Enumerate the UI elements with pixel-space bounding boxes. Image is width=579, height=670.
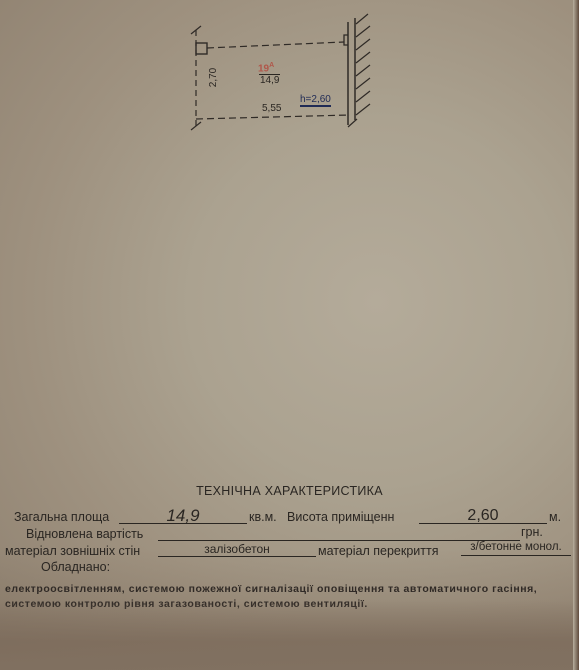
total-area-unit: кв.м. <box>249 510 277 524</box>
equipped-label: Обладнано: <box>41 560 110 574</box>
restored-cost-label: Відновлена вартість <box>26 527 143 541</box>
wall-material-label: матеріал зовнішніх стін <box>5 544 140 558</box>
room-height-label: Висота приміщенн <box>287 510 394 524</box>
total-area-value: 14,9 <box>119 509 247 524</box>
length-dimension: 5,55 <box>262 103 281 114</box>
document-page: 19А 14,9 2,70 5,55 h=2,60 ТЕХНІЧНА ХАРАК… <box>0 0 579 670</box>
total-area-label: Загальна площа <box>14 510 109 524</box>
photo-shadow <box>0 600 579 670</box>
room-height-value: 2,60 <box>419 509 547 524</box>
room-number: 19А <box>258 62 274 74</box>
width-dimension: 2,70 <box>208 68 219 87</box>
height-label: h=2,60 <box>300 94 331 107</box>
floor-material-value: з/бетонне монол. <box>461 541 571 556</box>
section-title: ТЕХНІЧНА ХАРАКТЕРИСТИКА <box>0 484 579 498</box>
wall-material-value: залізобетон <box>158 542 316 557</box>
restored-cost-unit: грн. <box>521 525 543 539</box>
room-area: 14,9 <box>259 74 280 86</box>
room-height-unit: м. <box>549 510 561 524</box>
restored-cost-value <box>158 526 520 541</box>
floor-plan: 19А 14,9 2,70 5,55 h=2,60 <box>0 0 579 160</box>
page-edge <box>573 0 579 670</box>
floor-plan-drawing <box>0 0 579 160</box>
floor-material-label: матеріал перекриття <box>318 544 439 558</box>
